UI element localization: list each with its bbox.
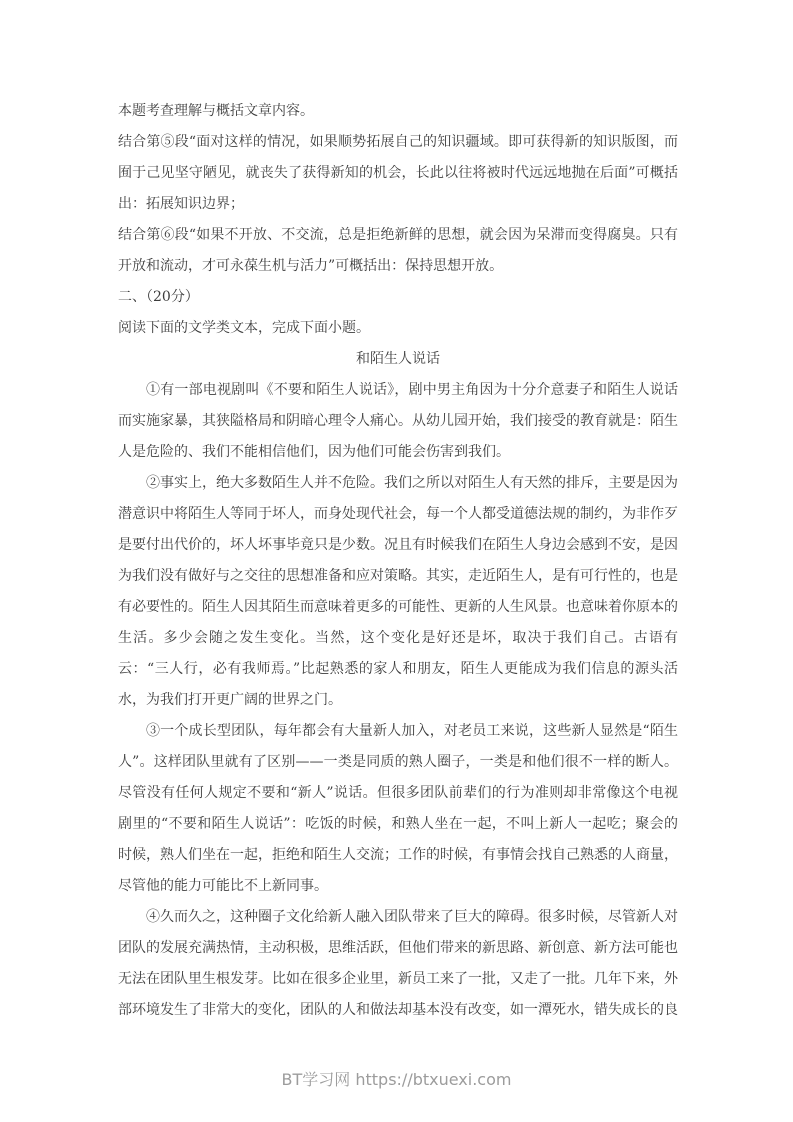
essay-paragraph-2: ②事实上，绝大多数陌生人并不危险。我们之所以对陌生人有天然的排斥，主要是因为潜意… bbox=[118, 468, 678, 716]
answer-point-paragraph-5: 结合第⑤段“面对这样的情况，如果顺势拓展自己的知识疆域。即可获得新的知识版图，而… bbox=[118, 127, 678, 220]
answer-point-paragraph-6: 结合第⑥段“如果不开放、不交流，总是拒绝新鲜的思想，就会因为呆滞而变得腐臭。只有… bbox=[118, 220, 678, 282]
watermark: BT学习网 https://btxuexi.com bbox=[0, 1070, 793, 1090]
essay-paragraph-3: ③一个成长型团队，每年都会有大量新人加入，对老员工来说，这些新人显然是“陌生人”… bbox=[118, 716, 678, 902]
watermark-text: BT学习网 https://btxuexi.com bbox=[282, 1070, 512, 1089]
document-body: 本题考查理解与概括文章内容。 结合第⑤段“面对这样的情况，如果顺势拓展自己的知识… bbox=[118, 96, 678, 1026]
section-heading: 二、（20分） bbox=[118, 282, 678, 313]
reading-instruction: 阅读下面的文学类文本，完成下面小题。 bbox=[118, 313, 678, 344]
analysis-note: 本题考查理解与概括文章内容。 bbox=[118, 96, 678, 127]
essay-paragraph-4: ④久而久之，这种圈子文化给新人融入团队带来了巨大的障碍。很多时候，尽管新人对团队… bbox=[118, 902, 678, 1026]
document-page: 本题考查理解与概括文章内容。 结合第⑤段“面对这样的情况，如果顺势拓展自己的知识… bbox=[0, 0, 793, 1122]
essay-paragraph-1: ①有一部电视剧叫《不要和陌生人说话》，剧中男主角因为十分介意妻子和陌生人说话而实… bbox=[118, 375, 678, 468]
essay-title: 和陌生人说话 bbox=[118, 344, 678, 375]
